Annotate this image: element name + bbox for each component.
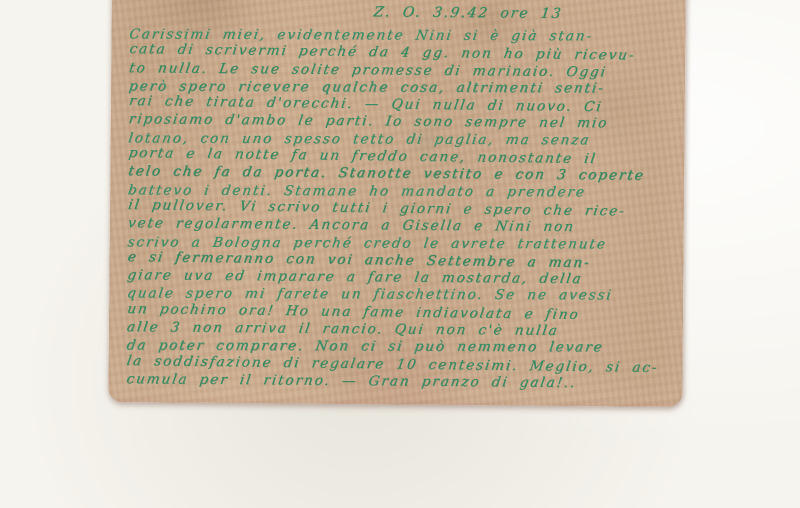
- scanner-background: Z. O. 3.9.42 ore 13 Carissimi miei, evid…: [0, 0, 800, 508]
- dateline: Z. O. 3.9.42 ore 13: [372, 4, 676, 23]
- handwriting-line: cumula per il ritorno. — Gran pranzo di …: [125, 371, 674, 393]
- handwriting-block: Z. O. 3.9.42 ore 13 Carissimi miei, evid…: [126, 2, 675, 393]
- postcard: Z. O. 3.9.42 ore 13 Carissimi miei, evid…: [108, 0, 686, 407]
